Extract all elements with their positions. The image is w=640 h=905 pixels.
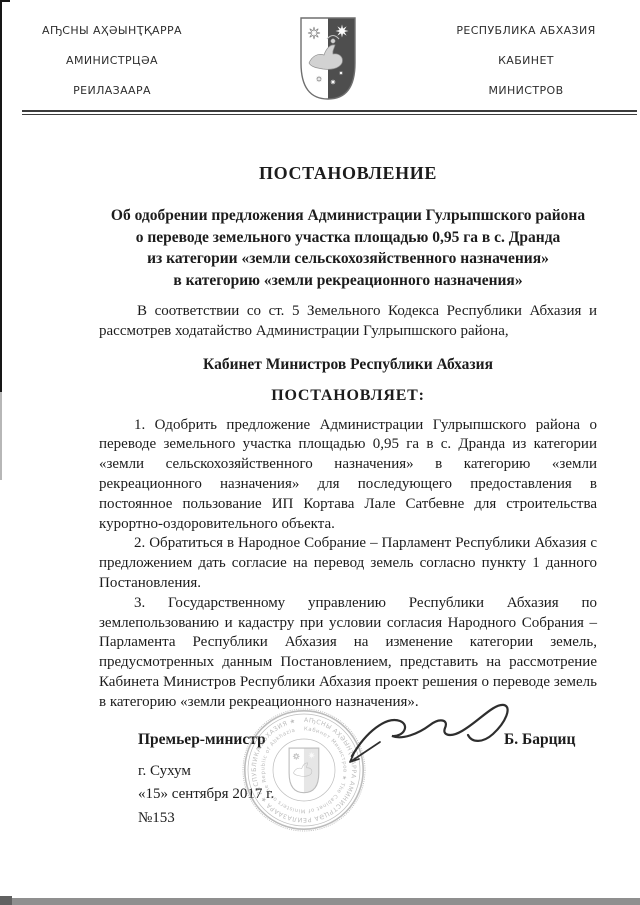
header-right-line: КАБИНЕТ — [438, 46, 614, 76]
scan-edge-bottom-dark — [0, 896, 12, 905]
issuer-line: Кабинет Министров Республики Абхазия — [99, 356, 597, 374]
header-right-line: МИНИСТРОВ — [438, 76, 614, 106]
document-subject: Об одобрении предложения Администрации Г… — [99, 205, 597, 291]
header-left-line: РЕИЛАЗААРА — [28, 76, 196, 106]
coat-of-arms-icon — [299, 16, 357, 101]
document-body: ПОСТАНОВЛЕНИЕ Об одобрении предложения А… — [99, 163, 597, 713]
resolution-item: 1. Одобрить предложение Администрации Гу… — [99, 416, 597, 535]
signature-scribble — [336, 690, 526, 775]
signature-place: г. Сухум — [138, 763, 191, 780]
header-left-line: АМИНИСТРЦӘА — [28, 46, 196, 76]
subject-line: в категорию «земли рекреационного назнач… — [99, 270, 597, 292]
scan-edge-left-line — [0, 0, 2, 392]
preamble-paragraph: В соответствии со ст. 5 Земельного Кодек… — [99, 302, 597, 342]
resolves-line: ПОСТАНОВЛЯЕТ: — [99, 387, 597, 405]
header-left-line: АҦСНЫ АҲӘЫНҬҚАРРА — [28, 16, 196, 46]
subject-line: Об одобрении предложения Администрации Г… — [99, 205, 597, 227]
scan-edge-top-tick — [0, 0, 10, 2]
subject-line: из категории «земли сельскохозяйственног… — [99, 248, 597, 270]
document-number: №153 — [138, 810, 175, 827]
header-left-text: АҦСНЫ АҲӘЫНҬҚАРРА АМИНИСТРЦӘА РЕИЛАЗААРА — [28, 16, 196, 106]
scan-edge-bottom-bar — [0, 898, 640, 905]
document-title: ПОСТАНОВЛЕНИЕ — [99, 163, 597, 184]
scan-edge-left-fade — [0, 392, 2, 480]
header-right-text: РЕСПУБЛИКА АБХАЗИЯ КАБИНЕТ МИНИСТРОВ — [438, 16, 614, 106]
header-right-line: РЕСПУБЛИКА АБХАЗИЯ — [438, 16, 614, 46]
header-divider-rule — [22, 110, 637, 115]
seal-coat-of-arms — [289, 748, 319, 793]
resolution-items: 1. Одобрить предложение Администрации Гу… — [99, 416, 597, 713]
resolution-item: 2. Обратиться в Народное Собрание – Парл… — [99, 534, 597, 593]
subject-line: о переводе земельного участка площадью 0… — [99, 227, 597, 249]
